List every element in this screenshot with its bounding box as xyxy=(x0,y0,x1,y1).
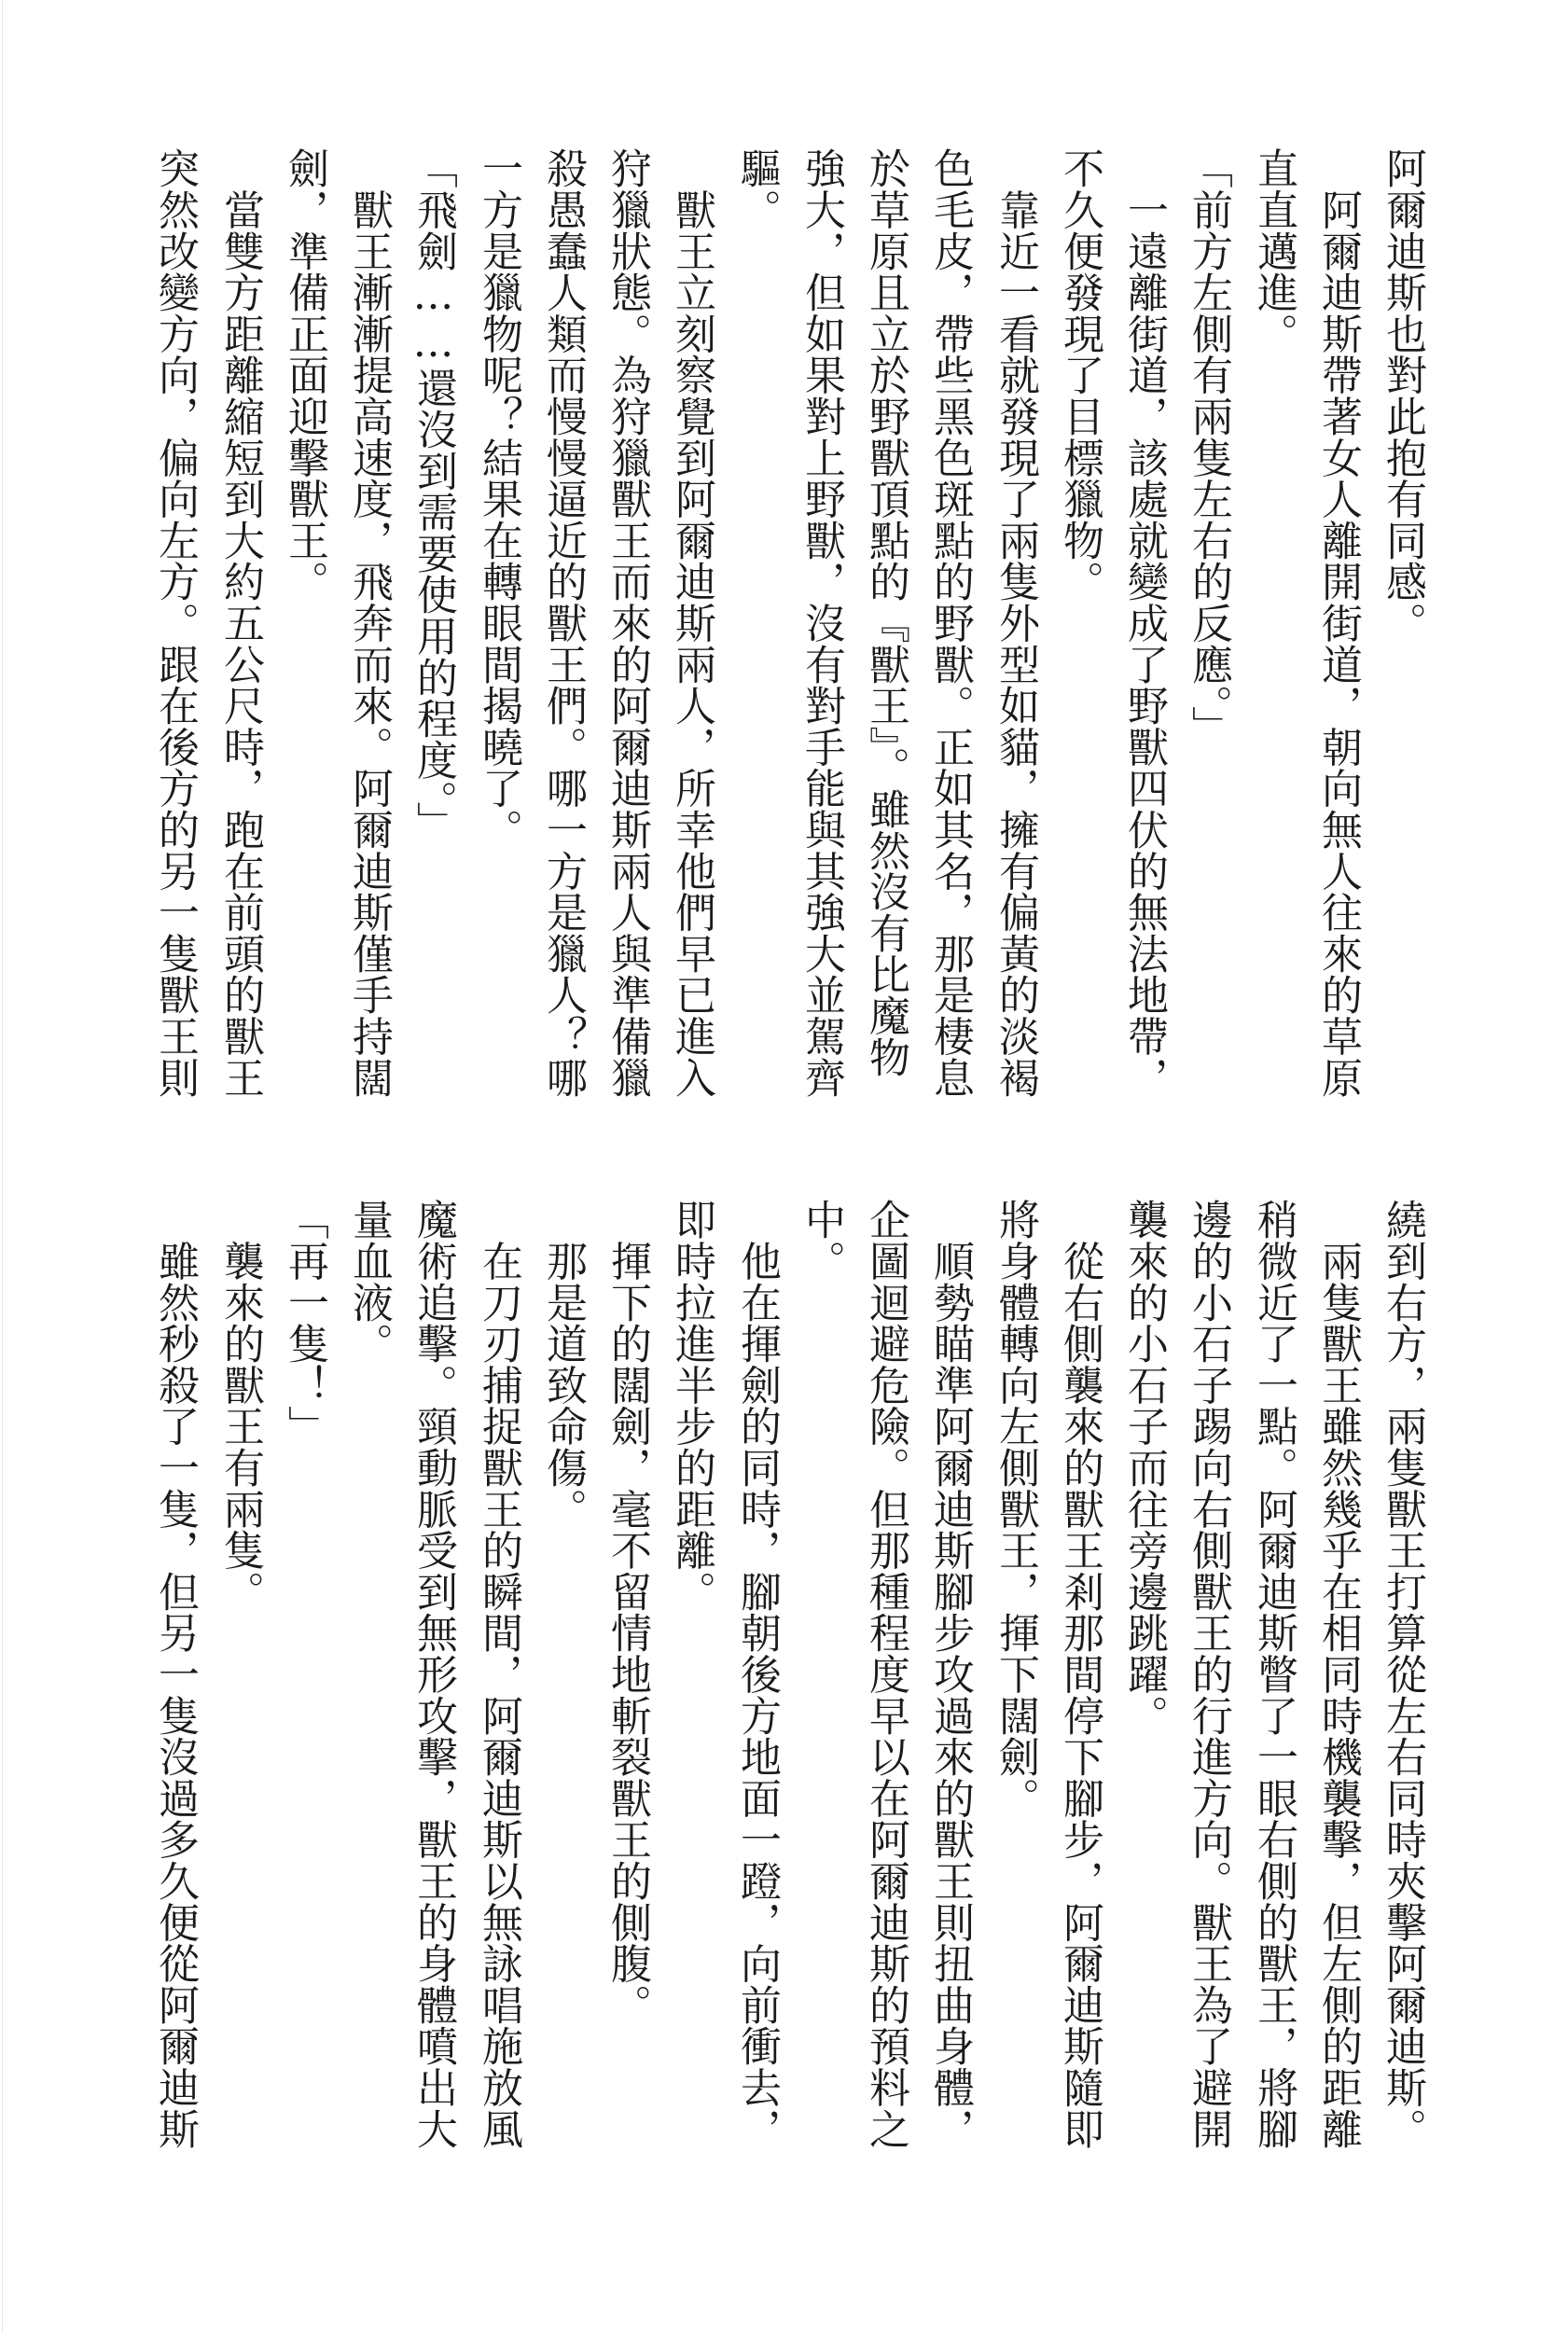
text-column: 強大，但如果對上野獸，沒有對手能與其強大並駕齊 xyxy=(798,147,843,1098)
text-column: 順勢瞄準阿爾迪斯腳步攻過來的獸王則扭曲身體， xyxy=(927,1199,972,2149)
text-column: 魔術追擊。頸動脈受到無形攻擊，獸王的身體噴出大 xyxy=(410,1199,455,2149)
text-column: 繞到右方，兩隻獸王打算從左右同時夾擊阿爾迪斯。 xyxy=(1380,1199,1424,2149)
text-column: 驅。 xyxy=(734,147,779,230)
text-column: 將身體轉向左側獸王，揮下闊劍。 xyxy=(992,1199,1037,1819)
text-column: 襲來的獸王有兩隻。 xyxy=(217,1199,262,1612)
text-column: 突然改變方向，偏向左方。跟在後方的另一隻獸王則 xyxy=(152,147,197,1098)
text-column: 不久便發現了目標獵物。 xyxy=(1057,147,1102,602)
text-column: 即時拉進半步的距離。 xyxy=(669,1199,714,1612)
text-column: 獸王漸漸提高速度，飛奔而來。阿爾迪斯僅手持闊 xyxy=(346,147,391,1098)
text-column: 一方是獵物呢？結果在轉眼間揭曉了。 xyxy=(476,147,520,850)
text-column: 狩獵狀態。為狩獵獸王而來的阿爾迪斯兩人與準備獵 xyxy=(604,147,649,1098)
text-column: 企圖迴避危險。但那種程度早以在阿爾迪斯的預料之 xyxy=(863,1199,908,2149)
text-column: 他在揮劍的同時，腳朝後方地面一蹬，向前衝去， xyxy=(734,1199,779,2149)
text-column: 中。 xyxy=(798,1199,843,1282)
text-column: 那是道致命傷。 xyxy=(540,1199,585,1529)
text-column: 阿爾迪斯帶著女人離開街道，朝向無人往來的草原 xyxy=(1315,147,1360,1098)
text-column: 於草原且立於野獸頂點的『獸王』。雖然沒有比魔物 xyxy=(863,147,908,1077)
text-column: 稍微近了一點。阿爾迪斯瞥了一眼右側的獸王，將腳 xyxy=(1251,1199,1296,2149)
text-column: 劍，準備正面迎擊獸王。 xyxy=(282,147,326,602)
text-column: 「再一隻！」 xyxy=(282,1199,326,1447)
text-column: 「前方左側有兩隻左右的反應。」 xyxy=(1186,147,1230,747)
text-column: 殺愚蠢人類而慢慢逼近的獸王們。哪一方是獵人？哪 xyxy=(540,147,585,1098)
text-column: 靠近一看就發現了兩隻外型如貓，擁有偏黃的淡褐 xyxy=(992,147,1037,1098)
text-column: 邊的小石子踢向右側獸王的行進方向。獸王為了避開 xyxy=(1186,1199,1230,2149)
page-edge-line xyxy=(2,0,3,2332)
text-column: 「飛劍……還沒到需要使用的程度。」 xyxy=(410,147,455,842)
text-column: 阿爾迪斯也對此抱有同感。 xyxy=(1380,147,1424,644)
text-column: 當雙方距離縮短到大約五公尺時，跑在前頭的獸王 xyxy=(217,147,262,1098)
text-column: 從右側襲來的獸王剎那間停下腳步，阿爾迪斯隨即 xyxy=(1057,1199,1102,2149)
text-column: 在刀刃捕捉獸王的瞬間，阿爾迪斯以無詠唱施放風 xyxy=(476,1199,520,2149)
text-column: 量血液。 xyxy=(346,1199,391,1364)
text-column: 色毛皮，帶些黑色斑點的野獸。正如其名，那是棲息 xyxy=(927,147,972,1098)
text-column: 兩隻獸王雖然幾乎在相同時機襲擊，但左側的距離 xyxy=(1315,1199,1360,2149)
text-column: 揮下的闊劍，毫不留情地斬裂獸王的側腹。 xyxy=(604,1199,649,2025)
text-column: 一遠離街道，該處就變成了野獸四伏的無法地帶， xyxy=(1121,147,1166,1098)
text-column: 直直邁進。 xyxy=(1251,147,1296,354)
text-column: 襲來的小石子而往旁邊跳躍。 xyxy=(1121,1199,1166,1736)
text-column: 獸王立刻察覺到阿爾迪斯兩人，所幸他們早已進入 xyxy=(669,147,714,1098)
text-column: 雖然秒殺了一隻，但另一隻沒過多久便從阿爾迪斯 xyxy=(152,1199,197,2149)
